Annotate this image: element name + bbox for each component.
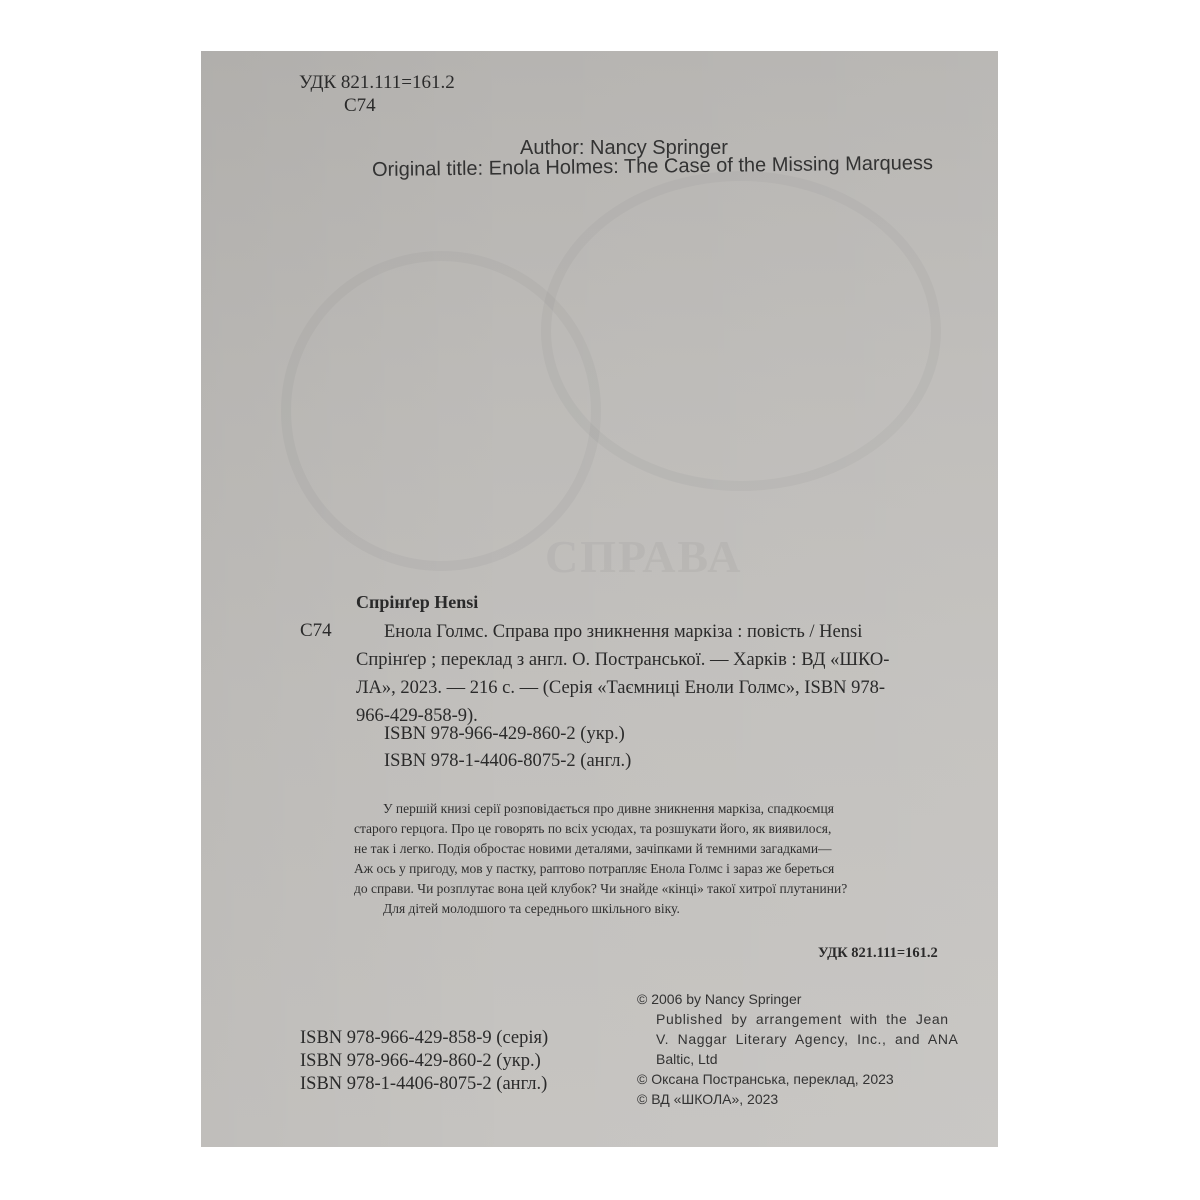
annotation-line: старого герцога. Про це говорять по всіх… xyxy=(354,819,984,839)
bibliographic-code: С74 xyxy=(300,620,332,642)
bibliographic-line: Спрінґер ; переклад з англ. О. Пострансь… xyxy=(356,646,986,674)
udk-classification-bottom: УДК 821.111=161.2 xyxy=(818,945,938,962)
author-code-top: С74 xyxy=(344,95,376,117)
book-imprint-page xyxy=(201,51,998,1147)
copyright-block: © 2006 by Nancy Springer Published by ar… xyxy=(637,989,958,1109)
show-through-title: СПРАВА xyxy=(545,530,742,583)
annotation-line: Аж ось у пригоду, мов у пастку, раптово … xyxy=(354,859,984,879)
copyright-translation: © Оксана Постранська, переклад, 2023 xyxy=(637,1069,958,1089)
bibliographic-author: Спрінґер Нensі xyxy=(356,592,478,613)
isbn-ukr: ISBN 978-966-429-860-2 (укр.) xyxy=(300,1050,548,1073)
isbn-list: ISBN 978-966-429-858-9 (серія) ISBN 978-… xyxy=(300,1027,548,1096)
show-through-ornament xyxy=(281,251,601,571)
isbn-series: ISBN 978-966-429-858-9 (серія) xyxy=(300,1027,548,1050)
udk-classification-top: УДК 821.111=161.2 xyxy=(299,72,455,94)
annotation-line: не так і легко. Подія обростає новими де… xyxy=(354,839,984,859)
annotation-line: У першій книзі серії розповідається про … xyxy=(354,799,984,819)
annotation: У першій книзі серії розповідається про … xyxy=(354,799,984,919)
copyright-author: © 2006 by Nancy Springer xyxy=(637,989,958,1009)
copyright-line: Baltic, Ltd xyxy=(637,1049,958,1069)
bibliographic-line: ЛА», 2023. — 216 с. — (Серія «Таємниці Е… xyxy=(356,674,986,702)
bibliographic-isbn-eng: ISBN 978-1-4406-8075-2 (англ.) xyxy=(384,751,631,772)
bibliographic-description: Енола Голмс. Справа про зникнення маркіз… xyxy=(356,618,986,730)
copyright-line: V. Naggar Literary Agency, Inc., and ANA xyxy=(637,1029,958,1049)
isbn-eng: ISBN 978-1-4406-8075-2 (англ.) xyxy=(300,1073,548,1096)
show-through-ornament xyxy=(541,171,941,491)
bibliographic-isbn-ukr: ISBN 978-966-429-860-2 (укр.) xyxy=(384,724,625,745)
annotation-audience: Для дітей молодшого та середнього шкільн… xyxy=(354,899,984,919)
copyright-line: Published by arrangement with the Jean xyxy=(637,1009,958,1029)
copyright-publisher: © ВД «ШКОЛА», 2023 xyxy=(637,1089,958,1109)
annotation-line: до справи. Чи розплутає вона цей клубок?… xyxy=(354,879,984,899)
bibliographic-line: Енола Голмс. Справа про зникнення маркіз… xyxy=(356,618,986,646)
